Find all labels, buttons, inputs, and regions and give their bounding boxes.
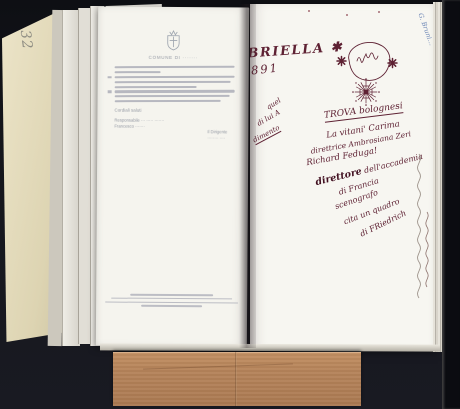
ink-speck — [308, 10, 310, 12]
handwritten-name: GABRIELLA ✱ — [250, 40, 344, 63]
star-doodle — [335, 36, 401, 106]
footer-line — [111, 297, 232, 300]
text-line — [115, 85, 197, 87]
binder-cover-edge — [442, 0, 460, 409]
handwritten-notes-page: GABRIELLA ✱ 891 — [250, 4, 438, 350]
typed-letter-page: COMUNE DI ······· Cordiali saluti Respon… — [96, 6, 249, 346]
divider-page-number: 32 — [17, 29, 35, 51]
letter-footer — [96, 293, 247, 309]
letter-sender: Responsabile ··· ····· ······· Francesco… — [114, 118, 164, 130]
bullet-text-line — [115, 76, 235, 79]
ink-speck — [346, 14, 348, 16]
footer-line — [141, 305, 201, 307]
text-line — [115, 95, 230, 98]
kraft-paper-crease — [143, 363, 293, 369]
letter-signature: Il Dirigente ········ ···· — [207, 129, 227, 140]
page-bottom-edges — [100, 343, 440, 351]
text-line — [115, 71, 161, 73]
kraft-paper-seam — [235, 352, 237, 406]
letterhead: COMUNE DI ······· — [98, 54, 249, 60]
footer-line — [130, 294, 213, 296]
letter-closing: Cordiali saluti — [114, 108, 141, 113]
scanned-archive-photo: 32 COMUNE DI ······· Cordiali saluti — [0, 0, 460, 409]
footer-line — [105, 301, 238, 304]
ink-speck — [378, 11, 380, 13]
diagonal-note-line: dimento — [252, 124, 282, 146]
sender-name: Francesco ······· — [114, 123, 164, 129]
text-line — [115, 66, 235, 69]
municipal-crest-icon — [164, 27, 183, 52]
signature-name: ········ ···· — [207, 135, 227, 141]
kraft-paper — [113, 352, 361, 406]
bullet-text-line — [115, 90, 235, 93]
text-line — [115, 100, 221, 103]
book-spine-shadow — [239, 4, 256, 348]
signature-role: Il Dirigente — [207, 129, 227, 135]
letter-body — [115, 66, 235, 105]
text-line — [115, 80, 231, 83]
